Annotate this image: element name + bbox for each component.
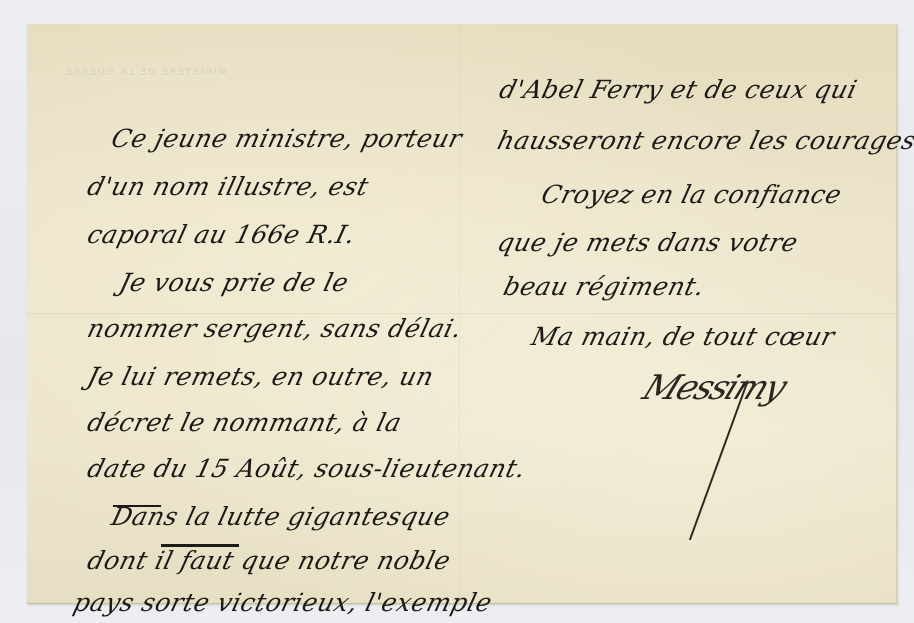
handwritten-line: d'Abel Ferry et de ceux qui (497, 77, 860, 102)
handwritten-line: Ce jeune ministre, porteur (109, 126, 465, 151)
handwritten-line: pays sorte victorieux, l'exemple (71, 590, 495, 615)
handwritten-line: hausseront encore les courages. (495, 128, 914, 153)
handwritten-line: Je lui remets, en outre, un (85, 364, 436, 389)
handwritten-line: décret le nommant, à la (85, 410, 404, 435)
handwritten-line: Dans la lutte gigantesque (109, 504, 453, 529)
handwritten-line: que je mets dans votre (495, 230, 801, 255)
handwritten-line: dont il faut que notre noble (85, 548, 453, 573)
handwritten-line: nommer sergent, sans délai. (85, 316, 465, 341)
handwritten-line: beau régiment. (501, 274, 707, 299)
handwritten-line: date du 15 Août, sous-lieutenant. (85, 456, 528, 481)
handwritten-line: d'un nom illustre, est (85, 174, 371, 199)
underline-dans (113, 505, 161, 507)
handwritten-line: Ma main, de tout cœur (529, 324, 837, 349)
handwritten-line: Je vous prie de le (117, 270, 351, 295)
photo-background: MINISTÈRE DE LA GUERRE Ce jeune ministre… (0, 0, 914, 623)
underline-faut (161, 544, 239, 547)
embossed-letterhead: MINISTÈRE DE LA GUERRE (64, 68, 227, 78)
signature: Messimy (637, 368, 791, 408)
handwritten-line: Croyez en la confiance (539, 182, 844, 207)
handwritten-line: caporal au 166e R.I. (85, 222, 358, 247)
letter-sheet: MINISTÈRE DE LA GUERRE Ce jeune ministre… (27, 24, 897, 604)
